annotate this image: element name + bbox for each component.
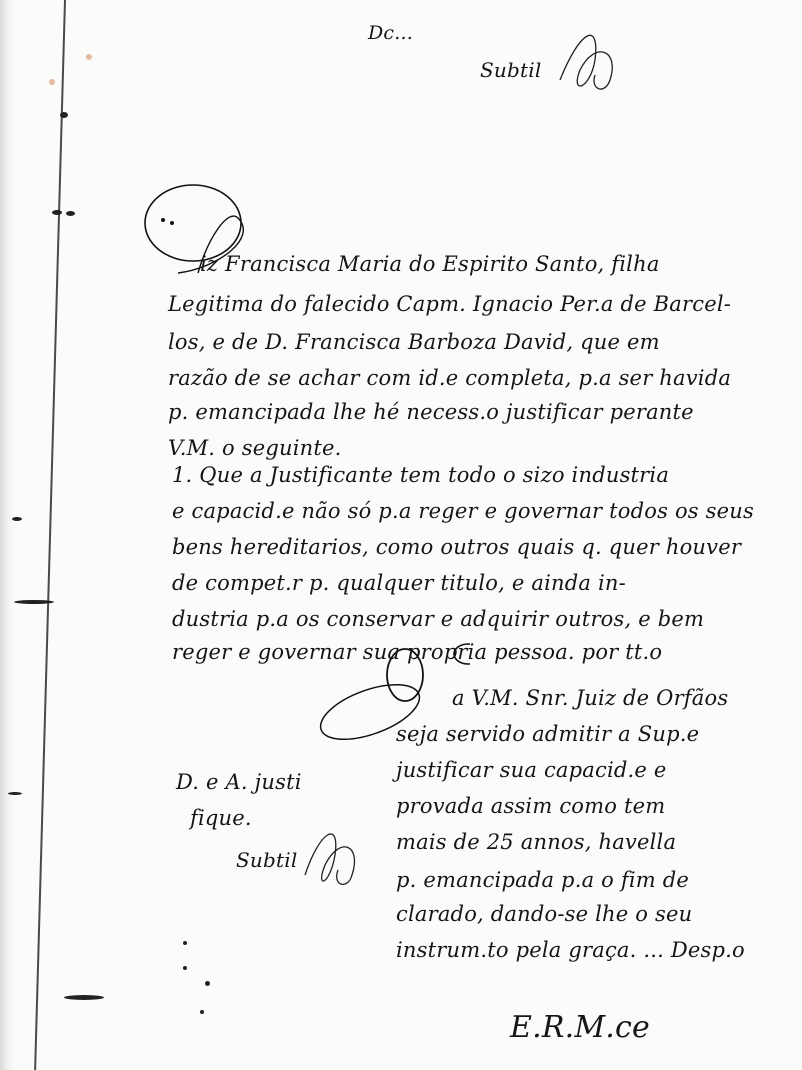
- ink-blot: [60, 112, 68, 118]
- request-line: seja servido admitir a Sup.e: [396, 722, 699, 746]
- petition-line: p. emancipada lhe hé necess.o justificar…: [168, 400, 694, 424]
- top-signature: Subtil: [480, 58, 541, 82]
- article-line: de compet.r p. qualquer titulo, e ainda …: [172, 571, 626, 595]
- petition-line: Legitima do falecido Capm. Ignacio Per.a…: [168, 292, 731, 316]
- article-line: bens hereditarios, como outros quais q. …: [172, 535, 741, 559]
- margin-order-line: D. e A. justi: [176, 770, 302, 794]
- article-line: 1. Que a Justificante tem todo o sizo in…: [172, 463, 669, 487]
- petition-line: razão de se achar com id.e completa, p.a…: [168, 366, 731, 390]
- article-line: e capacid.e não só p.a reger e governar …: [172, 499, 754, 523]
- request-line: clarado, dando-se lhe o seu: [396, 902, 692, 926]
- ink-blot: [8, 792, 22, 795]
- request-line: justificar sua capacid.e e: [396, 758, 667, 782]
- page-edge-shadow: [0, 0, 14, 1070]
- paper-stain: [49, 79, 55, 85]
- ink-dot: [200, 1010, 204, 1014]
- request-line: mais de 25 annos, havella: [396, 830, 676, 854]
- request-line: a V.M. Snr. Juiz de Orfãos: [452, 686, 728, 710]
- ink-dot: [205, 981, 210, 986]
- petition-line: V.M. o seguinte.: [168, 436, 342, 460]
- ink-blot: [64, 995, 104, 1000]
- article-line: dustria p.a os conservar e adquirir outr…: [172, 607, 704, 631]
- margin-order-line: fique.: [190, 806, 252, 830]
- margin-fold-line: [34, 0, 66, 1070]
- petition-line: los, e de D. Francisca Barboza David, qu…: [168, 330, 660, 354]
- signature-flourish: [290, 820, 370, 895]
- request-line: p. emancipada p.a o fim de: [396, 868, 689, 892]
- ink-blot: [12, 517, 22, 521]
- ink-blot: [66, 211, 75, 216]
- ink-blot: [14, 600, 54, 604]
- signature-flourish: [540, 20, 630, 100]
- manuscript-page: Dc... Subtil iz Francisca Maria do Espir…: [0, 0, 802, 1070]
- request-line: provada assim como tem: [396, 794, 665, 818]
- request-line: instrum.to pela graça. ... Desp.o: [396, 938, 745, 962]
- ink-blot: [52, 210, 62, 215]
- ink-dot: [183, 966, 187, 970]
- paper-stain: [86, 54, 92, 60]
- petition-line: iz Francisca Maria do Espirito Santo, fi…: [200, 252, 660, 276]
- ink-dot: [183, 941, 187, 945]
- margin-signature: Subtil: [236, 848, 297, 872]
- closing-formula: E.R.M.ce: [510, 1010, 650, 1045]
- top-annotation-text: Dc...: [368, 22, 413, 44]
